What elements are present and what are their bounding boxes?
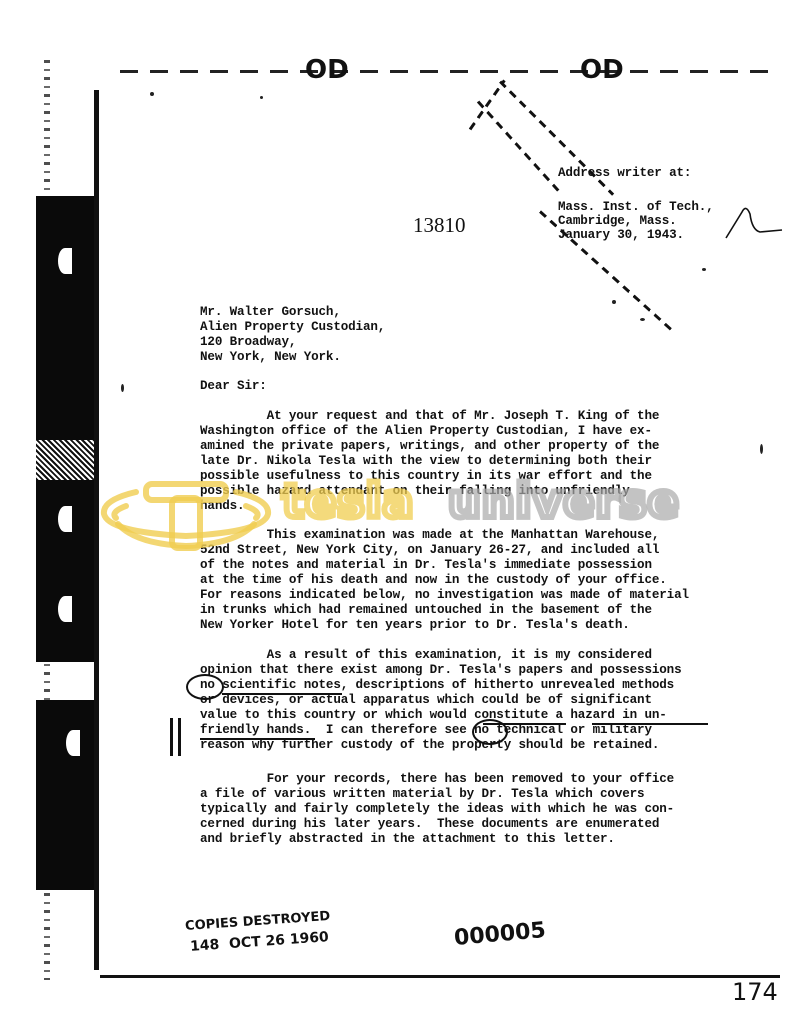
letter-date: January 30, 1943. bbox=[558, 228, 684, 242]
body-line: cerned during his later years. These doc… bbox=[200, 817, 659, 831]
body-line: This examination was made at the Manhatt… bbox=[200, 528, 659, 542]
scan-speck bbox=[702, 268, 706, 271]
body-line: hands. bbox=[200, 499, 244, 513]
recipient-line: New York, New York. bbox=[200, 350, 341, 364]
punch-hole bbox=[58, 596, 72, 622]
binder-strip-noise bbox=[36, 440, 96, 480]
body-line: friendly hands. I can therefore see no t… bbox=[200, 723, 652, 737]
body-line: For your records, there has been removed… bbox=[200, 772, 674, 786]
body-line: at the time of his death and now in the … bbox=[200, 573, 667, 587]
body-line: and briefly abstracted in the attachment… bbox=[200, 832, 615, 846]
binder-strip bbox=[36, 196, 96, 662]
punch-hole bbox=[58, 506, 72, 532]
underline-scientific-notes bbox=[222, 693, 342, 695]
body-line: As a result of this examination, it is m… bbox=[200, 648, 652, 662]
punch-hole bbox=[58, 248, 72, 274]
circled-word-no bbox=[186, 674, 224, 700]
margin-mark bbox=[178, 718, 181, 756]
body-line: reason why further custody of the proper… bbox=[200, 738, 659, 752]
body-line: value to this country or which would con… bbox=[200, 708, 667, 722]
scan-speck bbox=[260, 96, 263, 99]
body-line: a file of various written material by Dr… bbox=[200, 787, 644, 801]
body-line: in trunks which had remained untouched i… bbox=[200, 603, 652, 617]
body-line: late Dr. Nikola Tesla with the view to d… bbox=[200, 454, 652, 468]
underline-friendly-hands bbox=[200, 738, 315, 740]
salutation: Dear Sir: bbox=[200, 379, 267, 393]
scan-speck bbox=[612, 300, 616, 304]
body-line: For reasons indicated below, no investig… bbox=[200, 588, 689, 602]
body-line: New Yorker Hotel for ten years prior to … bbox=[200, 618, 630, 632]
return-address-line: Cambridge, Mass. bbox=[558, 214, 677, 228]
serial-number: 000005 bbox=[453, 918, 547, 951]
body-line: opinion that there exist among Dr. Tesla… bbox=[200, 663, 682, 677]
recipient-line: Mr. Walter Gorsuch, bbox=[200, 305, 341, 319]
body-line: 52nd Street, New York City, on January 2… bbox=[200, 543, 659, 557]
body-line: possible hazard attendant on their falli… bbox=[200, 484, 630, 498]
margin-mark bbox=[170, 718, 173, 756]
handwritten-page-number: 174 bbox=[732, 978, 778, 1006]
scan-smudge bbox=[469, 79, 506, 130]
scan-speck bbox=[640, 318, 645, 321]
body-line: Washington office of the Alien Property … bbox=[200, 424, 652, 438]
page-top-edge bbox=[120, 70, 770, 73]
return-address-line: Mass. Inst. of Tech., bbox=[558, 200, 714, 214]
body-line: or devices, or actual apparatus which co… bbox=[200, 693, 652, 707]
body-line: At your request and that of Mr. Joseph T… bbox=[200, 409, 659, 423]
scan-speck bbox=[150, 92, 154, 96]
recipient-line: 120 Broadway, bbox=[200, 335, 296, 349]
scan-speck bbox=[760, 444, 763, 454]
return-address-label: Address writer at: bbox=[558, 166, 691, 180]
binder-strip-lower bbox=[36, 700, 96, 890]
body-line: amined the private papers, writings, and… bbox=[200, 439, 659, 453]
body-line: of the notes and material in Dr. Tesla's… bbox=[200, 558, 652, 572]
top-stamp-left: OD bbox=[305, 55, 349, 85]
document-number: 13810 bbox=[413, 213, 466, 238]
body-line: no scientific notes, descriptions of hit… bbox=[200, 678, 674, 692]
underline-constitute bbox=[483, 723, 566, 725]
underline-hazard bbox=[592, 723, 708, 725]
scanned-letter-page: OD OD 13810 Address writer at: Mass. Ins… bbox=[0, 0, 800, 1030]
page-left-edge bbox=[94, 90, 99, 970]
page-bottom-edge bbox=[100, 975, 780, 978]
body-line: typically and fairly completely the idea… bbox=[200, 802, 674, 816]
scan-speck bbox=[121, 384, 124, 392]
scan-smudge bbox=[477, 100, 560, 191]
body-line: possible usefulness to this country in i… bbox=[200, 469, 652, 483]
copies-destroyed-date: 148 OCT 26 1960 bbox=[190, 929, 330, 955]
recipient-line: Alien Property Custodian, bbox=[200, 320, 385, 334]
punch-hole bbox=[66, 730, 80, 756]
handwritten-initial bbox=[720, 200, 790, 250]
top-stamp-right: OD bbox=[580, 55, 624, 85]
